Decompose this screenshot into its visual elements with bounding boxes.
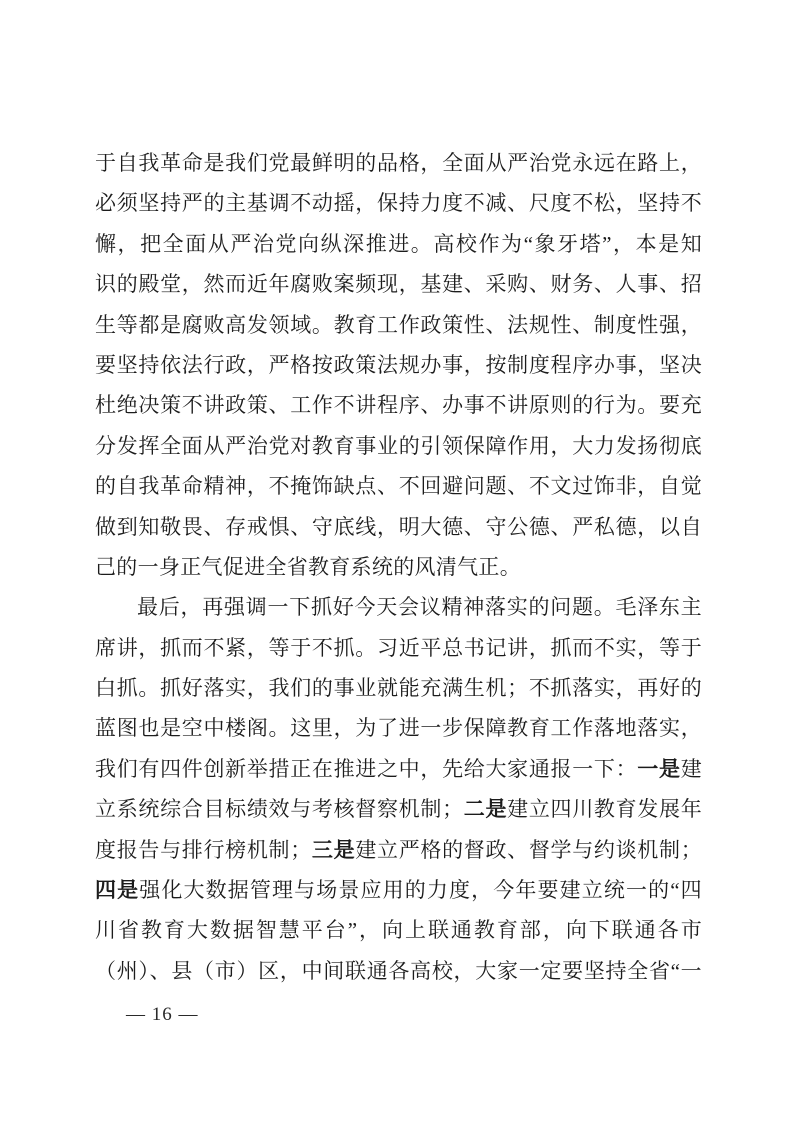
text-run: 川省教育大数据智慧平台”，向上联通教育部，向下联通各市 bbox=[95, 918, 702, 942]
text-line: 做到知敬畏、存戒惧、守底线，明大德、守公德、严私德，以自 bbox=[95, 507, 702, 547]
bold-text-run: 二是 bbox=[463, 798, 507, 821]
text-line: 要坚持依法行政，严格按政策法规办事，按制度程序办事，坚决 bbox=[95, 345, 702, 385]
text-run: 于自我革命是我们党最鲜明的品格，全面从严治党永远在路上， bbox=[95, 151, 702, 175]
document-body: 于自我革命是我们党最鲜明的品格，全面从严治党永远在路上，必须坚持严的主基调不动摇… bbox=[95, 143, 702, 991]
text-line: 席讲，抓而不紧，等于不抓。习近平总书记讲，抓而不实，等于 bbox=[95, 628, 702, 668]
text-run: 立系统综合目标绩效与考核督察机制； bbox=[95, 797, 463, 821]
text-run: 懈，把全面从严治党向纵深推进。高校作为“象牙塔”，本是知 bbox=[95, 232, 702, 256]
text-run: （州）、县（市）区，中间联通各高校，大家一定要坚持全省“一 bbox=[95, 959, 702, 983]
text-line: 度报告与排行榜机制；三是建立严格的督政、督学与约谈机制； bbox=[95, 830, 702, 870]
text-run: 生等都是腐败高发领域。教育工作政策性、法规性、制度性强， bbox=[95, 313, 702, 337]
text-run: 席讲，抓而不紧，等于不抓。习近平总书记讲，抓而不实，等于 bbox=[95, 636, 702, 660]
text-run: 的自我革命精神，不掩饰缺点、不回避问题、不文过饰非，自觉 bbox=[95, 474, 702, 498]
text-line: 白抓。抓好落实，我们的事业就能充满生机；不抓落实，再好的 bbox=[95, 668, 702, 708]
text-line: 识的殿堂，然而近年腐败案频现，基建、采购、财务、人事、招 bbox=[95, 264, 702, 304]
text-run: 杜绝决策不讲政策、工作不讲程序、办事不讲原则的行为。要充 bbox=[95, 393, 702, 417]
text-line: 我们有四件创新举措正在推进之中，先给大家通报一下：一是建 bbox=[95, 749, 702, 789]
text-line: 于自我革命是我们党最鲜明的品格，全面从严治党永远在路上， bbox=[95, 143, 702, 183]
bold-text-run: 一是 bbox=[637, 758, 680, 781]
text-run: 我们有四件创新举措正在推进之中，先给大家通报一下： bbox=[95, 757, 637, 781]
text-run: 蓝图也是空中楼阁。这里，为了进一步保障教育工作落地落实， bbox=[95, 716, 702, 740]
text-line: 最后，再强调一下抓好今天会议精神落实的问题。毛泽东主 bbox=[95, 587, 702, 627]
text-line: 生等都是腐败高发领域。教育工作政策性、法规性、制度性强， bbox=[95, 305, 702, 345]
text-run: 强化大数据管理与场景应用的力度，今年要建立统一的“四 bbox=[139, 878, 702, 902]
text-line: 己的一身正气促进全省教育系统的风清气正。 bbox=[95, 547, 702, 587]
text-line: 立系统综合目标绩效与考核督察机制；二是建立四川教育发展年 bbox=[95, 789, 702, 829]
text-line: 四是强化大数据管理与场景应用的力度，今年要建立统一的“四 bbox=[95, 870, 702, 910]
text-line: （州）、县（市）区，中间联通各高校，大家一定要坚持全省“一 bbox=[95, 951, 702, 991]
text-line: 蓝图也是空中楼阁。这里，为了进一步保障教育工作落地落实， bbox=[95, 708, 702, 748]
page-number: — 16 — bbox=[126, 1003, 199, 1026]
text-run: 要坚持依法行政，严格按政策法规办事，按制度程序办事，坚决 bbox=[95, 353, 702, 377]
text-line: 必须坚持严的主基调不动摇，保持力度不减、尺度不松，坚持不 bbox=[95, 183, 702, 223]
text-line: 川省教育大数据智慧平台”，向上联通教育部，向下联通各市 bbox=[95, 910, 702, 950]
bold-text-run: 三是 bbox=[312, 839, 356, 862]
text-line: 懈，把全面从严治党向纵深推进。高校作为“象牙塔”，本是知 bbox=[95, 224, 702, 264]
text-run: 己的一身正气促进全省教育系统的风清气正。 bbox=[95, 555, 521, 579]
text-run: 建 bbox=[681, 757, 702, 781]
text-run: 建立四川教育发展年 bbox=[507, 797, 702, 821]
text-run: 分发挥全面从严治党对教育事业的引领保障作用，大力发扬彻底 bbox=[95, 434, 702, 458]
text-run: 最后，再强调一下抓好今天会议精神落实的问题。毛泽东主 bbox=[137, 595, 702, 619]
text-line: 的自我革命精神，不掩饰缺点、不回避问题、不文过饰非，自觉 bbox=[95, 466, 702, 506]
text-run: 白抓。抓好落实，我们的事业就能充满生机；不抓落实，再好的 bbox=[95, 676, 702, 700]
document-page: 于自我革命是我们党最鲜明的品格，全面从严治党永远在路上，必须坚持严的主基调不动摇… bbox=[0, 0, 793, 1122]
bold-text-run: 四是 bbox=[95, 879, 139, 902]
text-run: 做到知敬畏、存戒惧、守底线，明大德、守公德、严私德，以自 bbox=[95, 515, 702, 539]
text-run: 度报告与排行榜机制； bbox=[95, 838, 312, 862]
text-line: 杜绝决策不讲政策、工作不讲程序、办事不讲原则的行为。要充 bbox=[95, 385, 702, 425]
text-run: 建立严格的督政、督学与约谈机制； bbox=[355, 838, 702, 862]
text-line: 分发挥全面从严治党对教育事业的引领保障作用，大力发扬彻底 bbox=[95, 426, 702, 466]
text-run: 识的殿堂，然而近年腐败案频现，基建、采购、财务、人事、招 bbox=[95, 272, 702, 296]
text-run: 必须坚持严的主基调不动摇，保持力度不减、尺度不松，坚持不 bbox=[95, 191, 702, 215]
